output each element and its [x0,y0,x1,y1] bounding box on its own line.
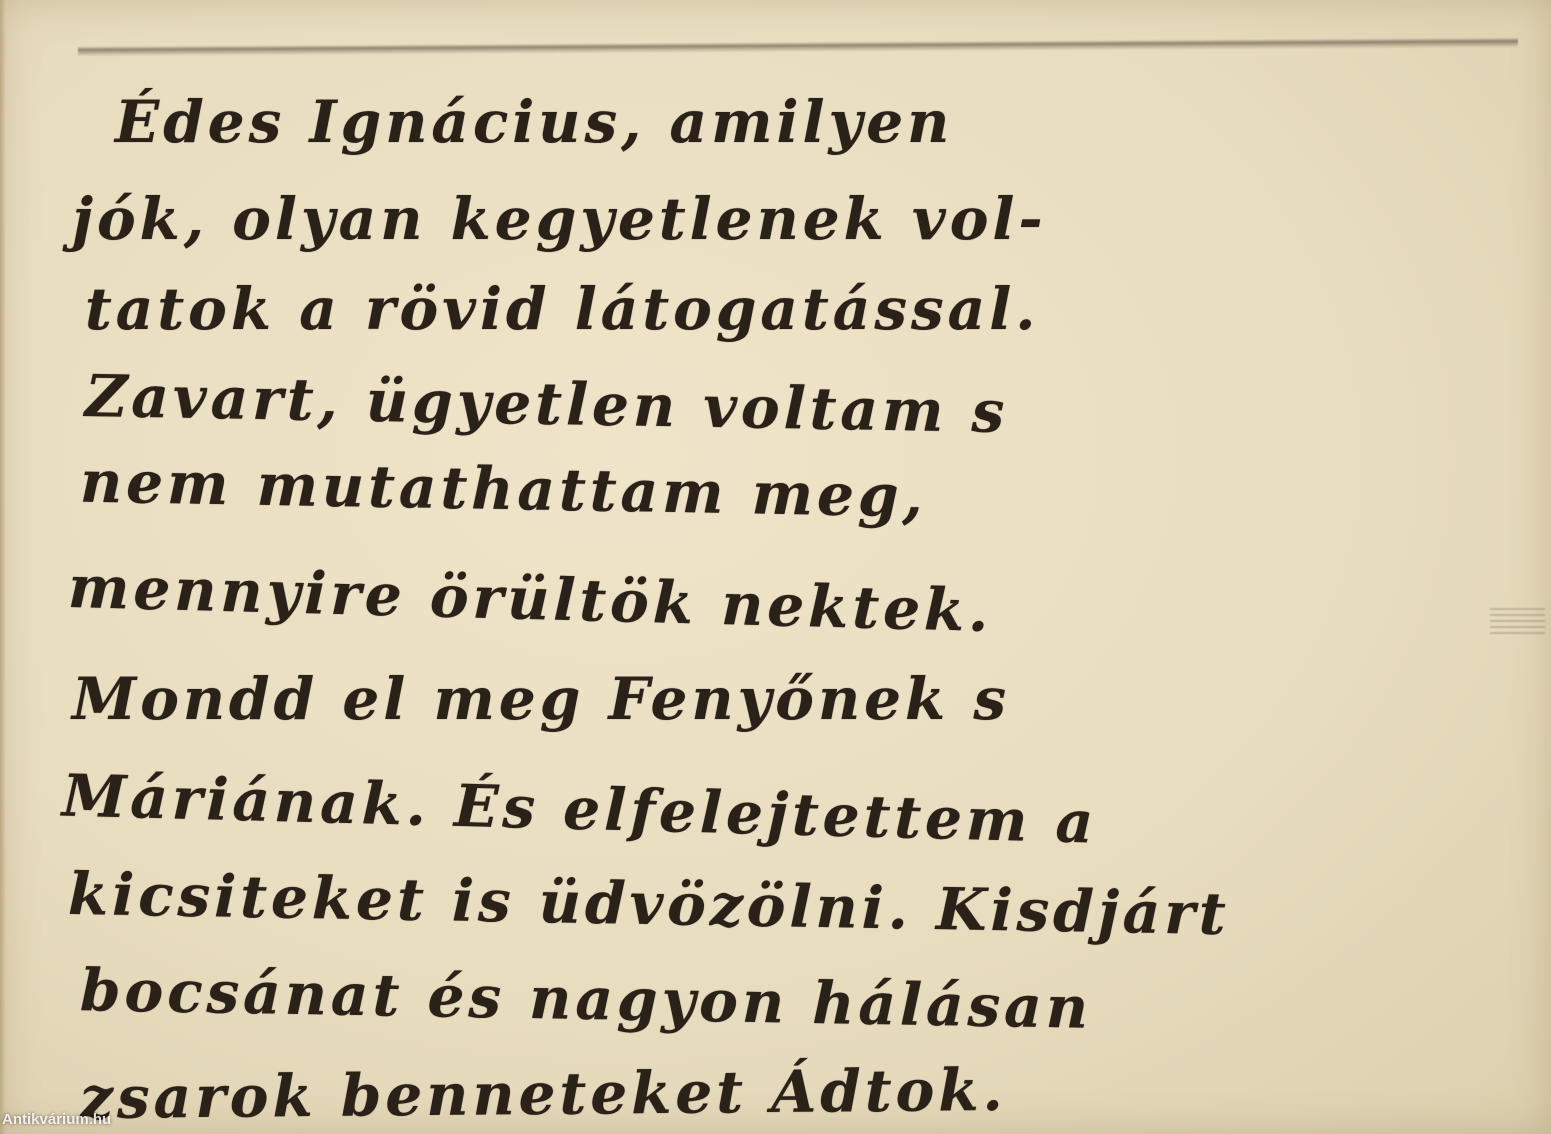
handwritten-line: nem mutathattam meg, [79,448,927,531]
handwritten-line: Mondd el meg Fenyőnek s [72,665,1010,733]
handwritten-line: Zavart, ügyetlen voltam s [84,362,1008,446]
handwritten-line: Máriának. És elfelejtettem a [61,761,1098,856]
postcard: Édes Ignácius, amilyen jók, olyan kegyet… [0,0,1551,1134]
watermark: Antikvárium.hu [2,1111,111,1128]
handwritten-line: mennyire örültök nektek. [67,553,993,645]
handwritten-line: bocsánat és nagyon hálásan [79,956,1092,1042]
pencil-rule-line [78,38,1518,57]
handwritten-line: jók, olyan kegyetlenek vol- [72,185,1047,253]
handwritten-line: zsarok benneteket Ádtok. [80,1056,1007,1132]
card-edge [0,0,6,1134]
handwritten-line: tatok a rövid látogatással. [85,275,1039,343]
handwritten-line: kicsiteket is üdvözölni. Kisdjárt [67,860,1230,948]
pencil-smudge [1490,608,1545,634]
handwritten-line: Édes Ignácius, amilyen [115,88,953,156]
